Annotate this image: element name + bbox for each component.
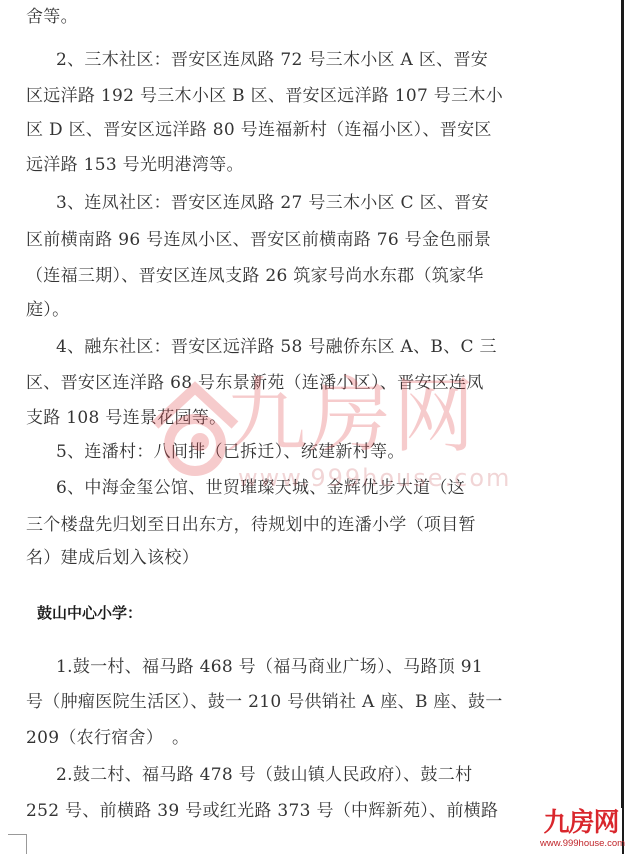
text-line: 远洋路 153 号光明港湾等。 (26, 154, 244, 176)
brand-logo-url: www.999house.com (540, 838, 622, 849)
text-line: 区前横南路 96 号连凤小区、晋安区前横南路 76 号金色丽景 (26, 229, 491, 251)
text-line: 252 号、前横路 39 号或红光路 373 号（中辉新苑）、前横路 (26, 800, 498, 822)
text-line: 209（农行宿舍） 。 (26, 727, 189, 749)
text-line: （连福三期）、晋安区连凤支路 26 筑家号尚水东郡（筑家华 (26, 265, 484, 287)
text-line: 区 D 区、晋安区远洋路 80 号连福新村（连福小区）、晋安区 (26, 119, 492, 141)
text-line: 庭）。 (26, 299, 69, 321)
text-line: 区、晋安区连洋路 68 号东景新苑（连潘小区）、晋安区连凤 (26, 372, 484, 394)
brand-logo-name: 九房网 (540, 808, 622, 838)
text-line: 4、融东社区：晋安区远洋路 58 号融侨东区 A、B、C 三 (56, 336, 497, 358)
text-line: 6、中海金玺公馆、世贸璀璨天城、金辉优步大道（这 (56, 477, 465, 499)
text-line: 支路 108 号连景花园等。 (26, 407, 226, 429)
text-line: 三个楼盘先归划至日出东方，待规划中的连潘小学（项目暂 (26, 514, 476, 536)
text-line: 区远洋路 192 号三木小区 B 区、晋安区远洋路 107 号三木小 (26, 85, 503, 107)
document-page: 舍等。2、三木社区：晋安区连凤路 72 号三木小区 A 区、晋安区远洋路 192… (0, 0, 622, 854)
text-line: 舍等。 (26, 6, 78, 28)
text-line: 5、连潘村：八间排（已拆迁）、统建新村等。 (56, 441, 405, 463)
page-corner-mark (8, 834, 27, 854)
text-line: 1.鼓一村、福马路 468 号（福马商业广场）、马路顶 91 (56, 656, 483, 678)
page-border (621, 0, 624, 854)
brand-logo: 九房网 www.999house.com (540, 808, 622, 854)
text-line: 2、三木社区：晋安区连凤路 72 号三木小区 A 区、晋安 (56, 49, 488, 71)
text-line: 号（肿瘤医院生活区）、鼓一 210 号供销社 A 座、B 座、鼓一 (26, 691, 503, 713)
text-line: 3、连凤社区：晋安区连凤路 27 号三木小区 C 区、晋安 (56, 192, 489, 214)
house-logo-icon (150, 380, 240, 480)
section-heading-gushan-school: 鼓山中心小学： (37, 603, 142, 623)
text-line: 名）建成后划入该校） (26, 547, 199, 569)
text-line: 2.鼓二村、福马路 478 号（鼓山镇人民政府）、鼓二村 (56, 764, 472, 786)
